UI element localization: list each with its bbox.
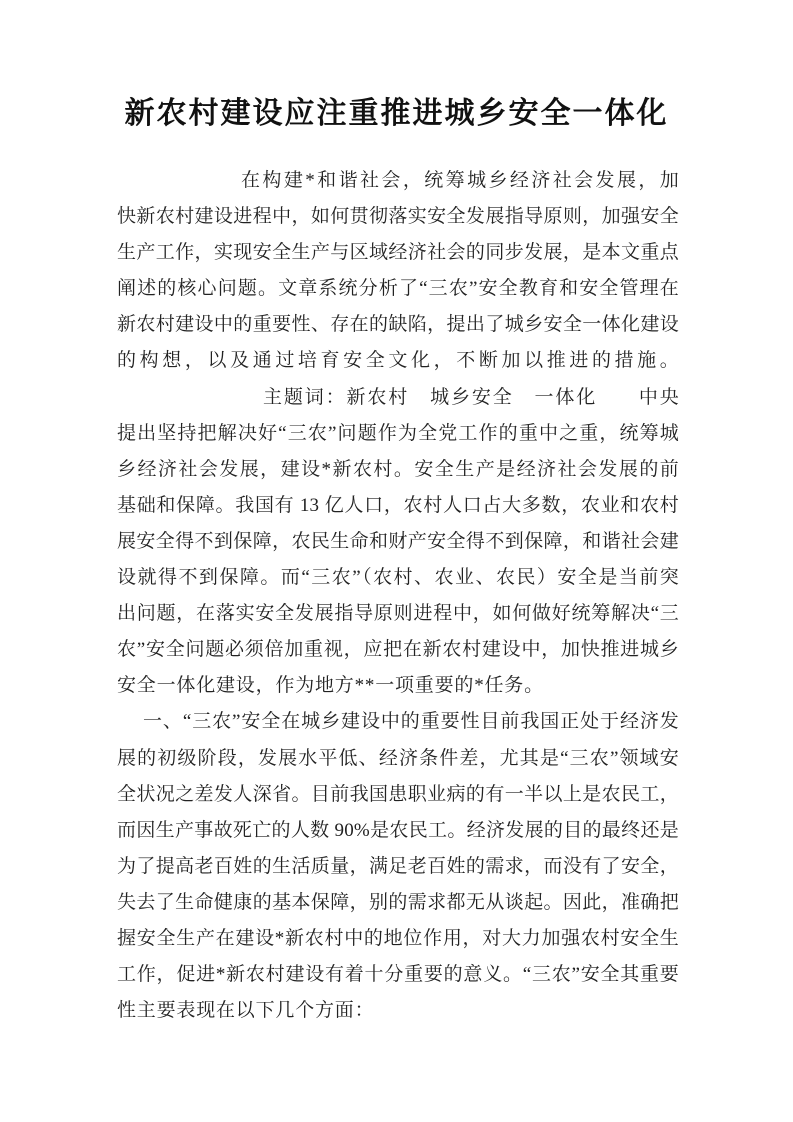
text-line: 提出坚持把解决好“三农”问题作为全党工作的重中之重，统筹城 (117, 416, 679, 452)
text-line: 乡经济社会发展，建设*新农村。安全生产是经济社会发展的前提、 (117, 452, 679, 488)
document-body: 在构建*和谐社会，统筹城乡经济社会发展，加 快新农村建设进程中，如何贯彻落实安全… (117, 163, 679, 1029)
text-line: 农”安全问题必须倍加重视，应把在新农村建设中，加快推进城乡 (117, 632, 679, 668)
text-line: 展安全得不到保障，农民生命和财产安全得不到保障，和谐社会建 (117, 524, 679, 560)
document-page: 新农村建设应注重推进城乡安全一体化 在构建*和谐社会，统筹城乡经济社会发展，加 … (0, 0, 793, 1122)
text-line: 设就得不到保障。而“三农”（农村、农业、农民）安全是当前突 (117, 560, 679, 596)
text-line: 握安全生产在建设*新农村中的地位作用，对大力加强农村安全生产 (117, 921, 679, 957)
text-line: 安全一体化建设，作为地方**一项重要的*任务。 (117, 668, 679, 704)
text-line: 快新农村建设进程中，如何贯彻落实安全发展指导原则，加强安全 (117, 199, 679, 235)
text-line: 工作，促进*新农村建设有着十分重要的意义。“三农”安全其重要 (117, 957, 679, 993)
text-line: 在构建*和谐社会，统筹城乡经济社会发展，加 (117, 163, 679, 199)
text-line: 出问题，在落实安全发展指导原则进程中，如何做好统筹解决“三 (117, 596, 679, 632)
text-line: 而因生产事故死亡的人数 90%是农民工。经济发展的目的最终还是 (117, 813, 679, 849)
text-line: 性主要表现在以下几个方面： (117, 993, 679, 1029)
text-line: 为了提高老百姓的生活质量，满足老百姓的需求，而没有了安全， (117, 849, 679, 885)
text-line: 基础和保障。我国有 13 亿人口，农村人口占大多数，农业和农村发 (117, 488, 679, 524)
text-line: 展的初级阶段，发展水平低、经济条件差，尤其是“三农”领域安 (117, 741, 679, 777)
text-line: 失去了生命健康的基本保障，别的需求都无从谈起。因此，准确把 (117, 885, 679, 921)
keywords-line: 主题词：新农村 城乡安全 一体化 中央 (117, 380, 679, 416)
text-line: 的构想，以及通过培育安全文化，不断加以推进的措施。 (117, 343, 679, 379)
text-line: 新农村建设中的重要性、存在的缺陷，提出了城乡安全一体化建设 (117, 307, 679, 343)
document-title: 新农村建设应注重推进城乡安全一体化 (0, 88, 793, 132)
text-line: 全状况之差发人深省。目前我国患职业病的有一半以上是农民工， (117, 777, 679, 813)
text-line: 生产工作，实现安全生产与区域经济社会的同步发展，是本文重点 (117, 235, 679, 271)
text-line: 阐述的核心问题。文章系统分析了“三农”安全教育和安全管理在 (117, 271, 679, 307)
section-heading-line: 一、“三农”安全在城乡建设中的重要性目前我国正处于经济发 (117, 704, 679, 740)
